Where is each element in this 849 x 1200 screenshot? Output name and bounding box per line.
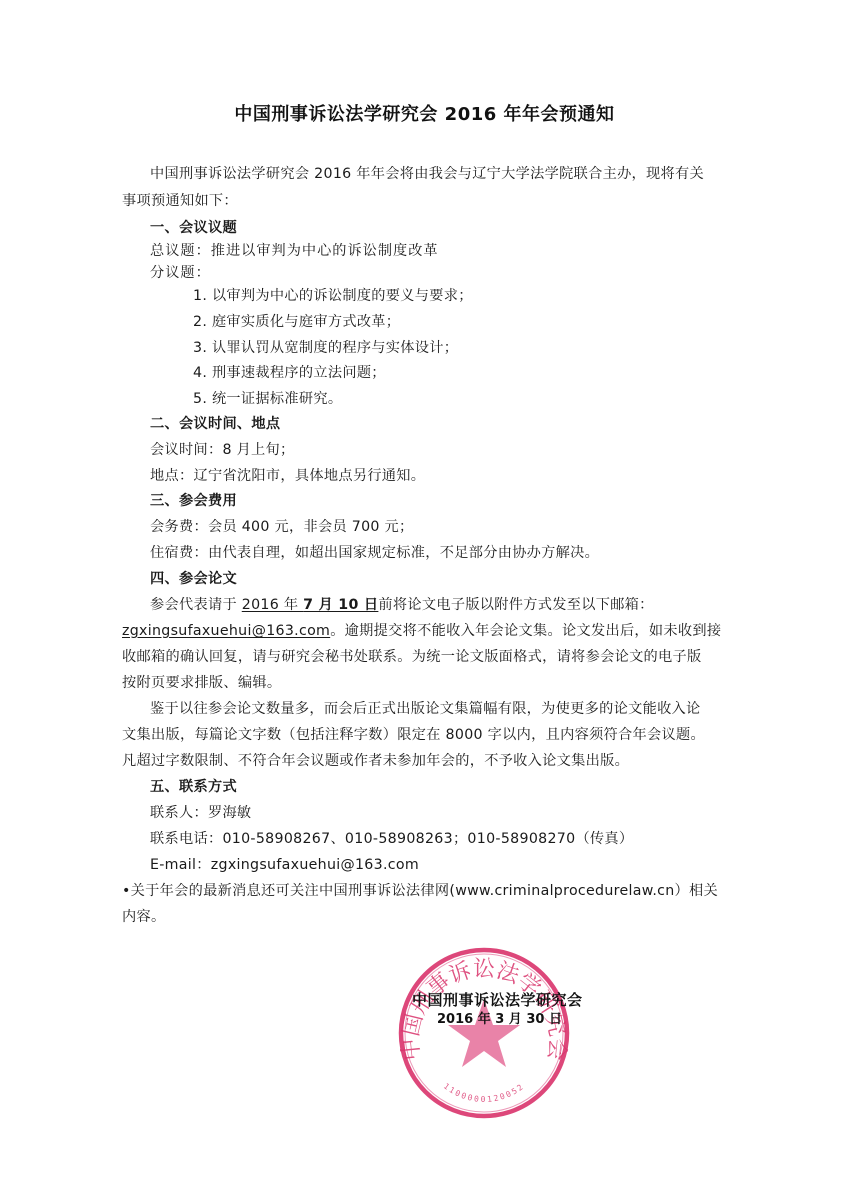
main-topic: 总议题：推进以审判为中心的诉讼制度改革 <box>150 240 439 260</box>
intro-line-1: 中国刑事诉讼法学研究会 2016 年年会将由我会与辽宁大学法学院联合主办，现将有… <box>150 163 704 183</box>
section-4-heading: 四、参会论文 <box>150 568 237 588</box>
sub-topic-label: 分议题： <box>150 262 211 282</box>
meeting-time: 会议时间：8 月上旬； <box>150 439 295 459</box>
contact-person: 联系人：罗海敏 <box>150 802 251 822</box>
length-limit-line-1: 鉴于以往参会论文数量多，而会后正式出版论文集篇幅有限，为使更多的论文能收入论 <box>150 698 701 718</box>
official-seal-icon: 中国刑事诉讼法学研究会 1100000120052 <box>398 947 570 1119</box>
section-1-heading: 一、会议议题 <box>150 217 237 237</box>
submission-line-2: zgxingsufaxuehui@163.com。逾期提交将不能收入年会论文集。… <box>122 620 721 640</box>
contact-phone: 联系电话：010-58908267、010-58908263；010-58908… <box>150 828 633 848</box>
submission-suffix: 前将论文电子版以附件方式发至以下邮箱： <box>378 597 653 613</box>
deadline-date: 2016 年 7 月 10 日 <box>242 597 379 613</box>
submission-line-4: 按附页要求排版、编辑。 <box>122 672 281 692</box>
sub-topic-item: 3. 认罪认罚从宽制度的程序与实体设计； <box>193 337 458 357</box>
signing-date: 2016 年 3 月 30 日 <box>437 1008 562 1027</box>
submission-line-2-text: 。逾期提交将不能收入年会论文集。论文发出后，如未收到接 <box>330 623 721 639</box>
submission-line-1: 参会代表请于 2016 年 7 月 10 日前将论文电子版以附件方式发至以下邮箱… <box>150 594 654 614</box>
page-title: 中国刑事诉讼法学研究会 2016 年年会预通知 <box>0 100 849 126</box>
website-note-line-1: •关于年会的最新消息还可关注中国刑事诉讼法律网(www.criminalproc… <box>122 880 718 900</box>
submission-line-3: 收邮箱的确认回复，请与研究会秘书处联系。为统一论文版面格式，请将参会论文的电子版 <box>122 646 702 666</box>
sub-topic-item: 4. 刑事速裁程序的立法问题； <box>193 362 386 382</box>
signing-organization: 中国刑事诉讼法学研究会 <box>412 989 583 1010</box>
contact-email: E-mail：zgxingsufaxuehui@163.com <box>150 854 419 874</box>
document-page: 中国刑事诉讼法学研究会 2016 年年会预通知 中国刑事诉讼法学研究会 2016… <box>0 0 849 1200</box>
length-limit-line-2: 文集出版，每篇论文字数（包括注释字数）限定在 8000 字以内，且内容须符合年会… <box>122 724 705 744</box>
svg-text:1100000120052: 1100000120052 <box>442 1082 526 1104</box>
section-3-heading: 三、参会费用 <box>150 490 237 510</box>
website-note-line-2: 内容。 <box>122 906 165 926</box>
length-limit-line-3: 凡超过字数限制、不符合年会议题或作者未参加年会的，不予收入论文集出版。 <box>122 750 629 770</box>
deadline-day: 7 月 10 日 <box>303 597 378 613</box>
section-5-heading: 五、联系方式 <box>150 776 237 796</box>
submission-email-link[interactable]: zgxingsufaxuehui@163.com <box>122 623 330 639</box>
deadline-year: 2016 年 <box>242 597 303 613</box>
sub-topic-item: 5. 统一证据标准研究。 <box>193 388 342 408</box>
submission-prefix: 参会代表请于 <box>150 597 242 613</box>
conference-fee: 会务费：会员 400 元，非会员 700 元； <box>150 516 414 536</box>
sub-topic-item: 1. 以审判为中心的诉讼制度的要义与要求； <box>193 285 473 305</box>
section-2-heading: 二、会议时间、地点 <box>150 413 280 433</box>
sub-topic-item: 2. 庭审实质化与庭审方式改革； <box>193 311 400 331</box>
lodging-fee: 住宿费：由代表自理，如超出国家规定标准，不足部分由协办方解决。 <box>150 542 599 562</box>
intro-line-2: 事项预通知如下： <box>122 190 238 210</box>
meeting-place: 地点：辽宁省沈阳市，具体地点另行通知。 <box>150 465 425 485</box>
